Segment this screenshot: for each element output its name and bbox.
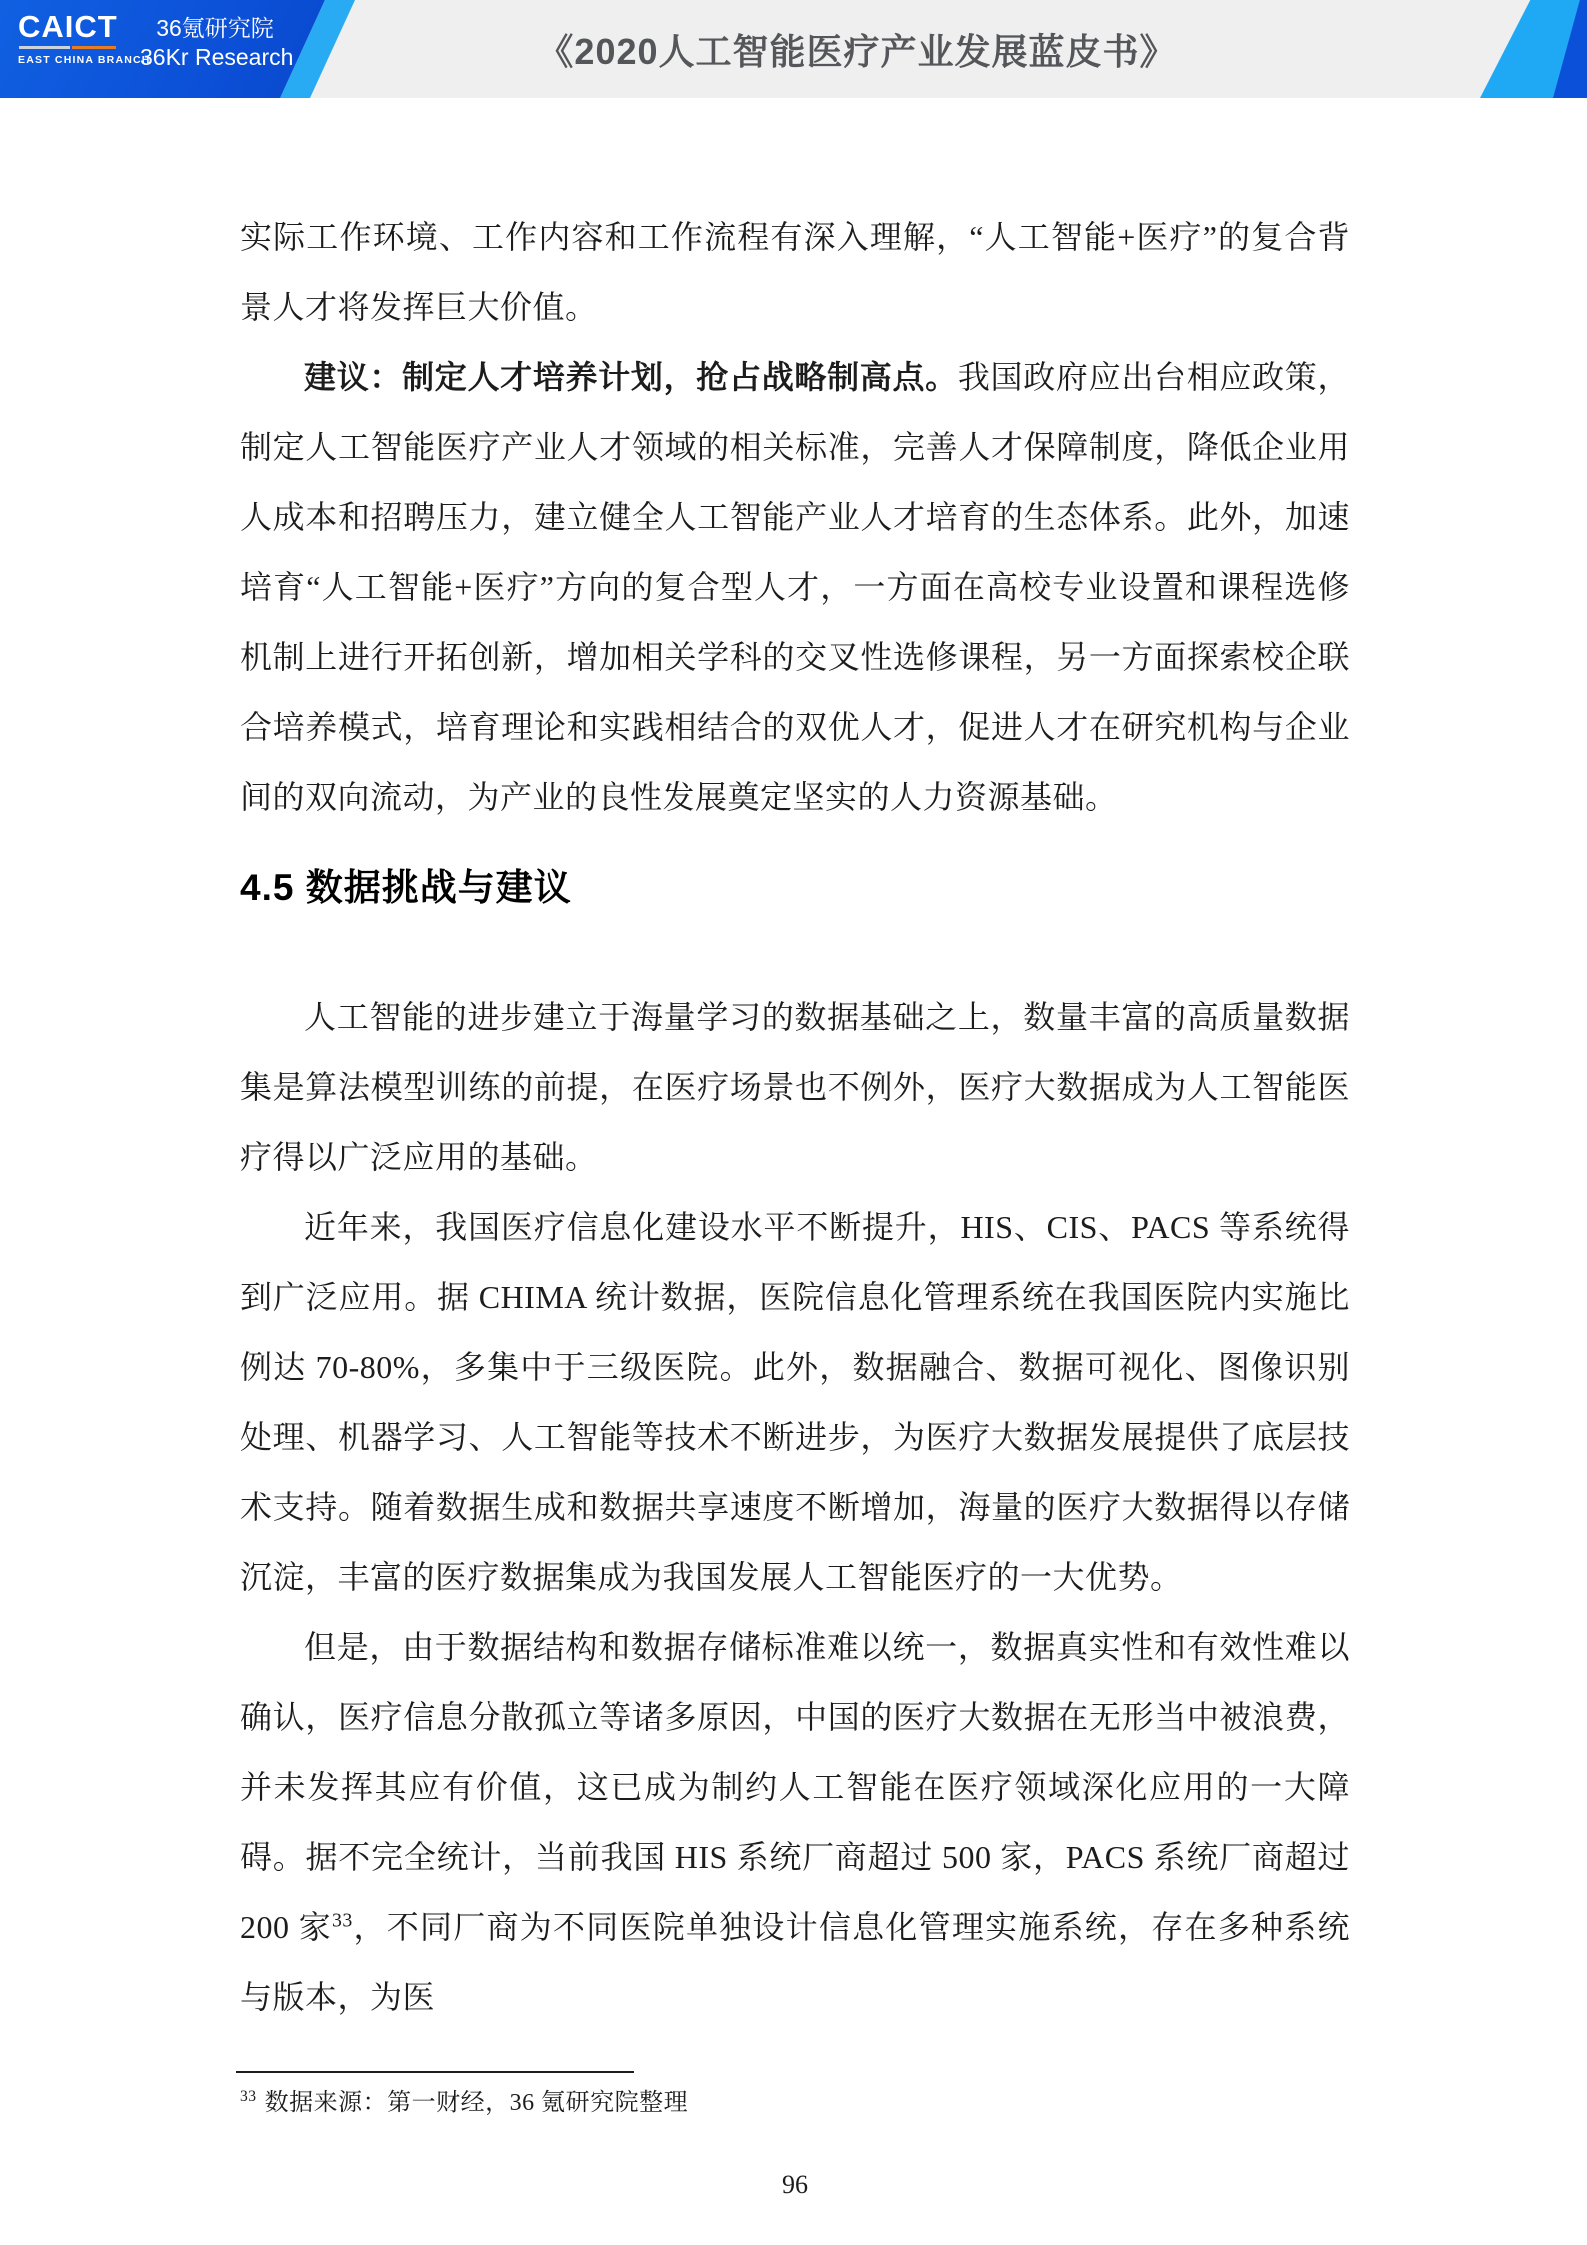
partner-name-en: 36Kr Research (140, 43, 290, 72)
logo-underline-gray (19, 46, 70, 49)
page-number: 96 (782, 2170, 808, 2199)
section-heading: 4.5 数据挑战与建议 (240, 864, 1350, 912)
caict-logo: CAICT EAST CHINA BRANCH (18, 10, 128, 66)
footnote-marker: 33 (240, 2088, 257, 2105)
paragraph-text: ，不同厂商为不同医院单独设计信息化管理实施系统，存在多种系统与版本，为医 (240, 1909, 1350, 2015)
paragraph-text: 近年来，我国医疗信息化建设水平不断提升，HIS、CIS、PACS 等系统得到广泛… (240, 1209, 1350, 1595)
paragraph-text: 我国政府应出台相应政策，制定人工智能医疗产业人才领域的相关标准，完善人才保障制度… (240, 359, 1350, 815)
paragraph: 近年来，我国医疗信息化建设水平不断提升，HIS、CIS、PACS 等系统得到广泛… (240, 1192, 1350, 1612)
header-left-banner: CAICT EAST CHINA BRANCH 36氪研究院 36Kr Rese… (0, 0, 325, 98)
page-header: CAICT EAST CHINA BRANCH 36氪研究院 36Kr Rese… (0, 0, 1587, 98)
paragraph-text: 实际工作环境、工作内容和工作流程有深入理解，“人工智能+医疗”的复合背景人才将发… (240, 219, 1350, 325)
footnote: 33数据来源：第一财经，36 氪研究院整理 (240, 2071, 1350, 2123)
paragraph-bold-lead: 建议：制定人才培养计划，抢占战略制高点。 (304, 359, 958, 395)
footnote-divider (236, 2071, 634, 2073)
footnote-text: 33数据来源：第一财经，36 氪研究院整理 (240, 2083, 1350, 2123)
body-blocks: 实际工作环境、工作内容和工作流程有深入理解，“人工智能+医疗”的复合背景人才将发… (240, 202, 1350, 2032)
caict-logo-underline (19, 46, 116, 49)
page-content: 实际工作环境、工作内容和工作流程有深入理解，“人工智能+医疗”的复合背景人才将发… (0, 98, 1587, 2205)
footnote-source: 数据来源：第一财经，36 氪研究院整理 (265, 2090, 689, 2116)
page-footer: 96 (240, 2165, 1350, 2205)
caict-branch-label: EAST CHINA BRANCH (18, 54, 128, 66)
page: CAICT EAST CHINA BRANCH 36氪研究院 36Kr Rese… (0, 0, 1587, 2245)
paragraph-text: 人工智能的进步建立于海量学习的数据基础之上，数量丰富的高质量数据集是算法模型训练… (240, 999, 1350, 1175)
caict-logo-text: CAICT (18, 10, 128, 44)
partner-logo: 36氪研究院 36Kr Research (140, 14, 290, 72)
logo-underline-orange (72, 46, 116, 49)
paragraph: 实际工作环境、工作内容和工作流程有深入理解，“人工智能+医疗”的复合背景人才将发… (240, 202, 1350, 342)
partner-name-cn: 36氪研究院 (140, 14, 290, 43)
paragraph: 但是，由于数据结构和数据存储标准难以统一，数据真实性和有效性难以确认，医疗信息分… (240, 1612, 1350, 2032)
paragraph-text: 但是，由于数据结构和数据存储标准难以统一，数据真实性和有效性难以确认，医疗信息分… (240, 1629, 1350, 1945)
document-title: 《2020人工智能医疗产业发展蓝皮书》 (537, 0, 1176, 98)
paragraph: 建议：制定人才培养计划，抢占战略制高点。我国政府应出台相应政策，制定人工智能医疗… (240, 342, 1350, 832)
paragraph: 人工智能的进步建立于海量学习的数据基础之上，数量丰富的高质量数据集是算法模型训练… (240, 982, 1350, 1192)
footnote-reference: 33 (332, 1909, 353, 1931)
